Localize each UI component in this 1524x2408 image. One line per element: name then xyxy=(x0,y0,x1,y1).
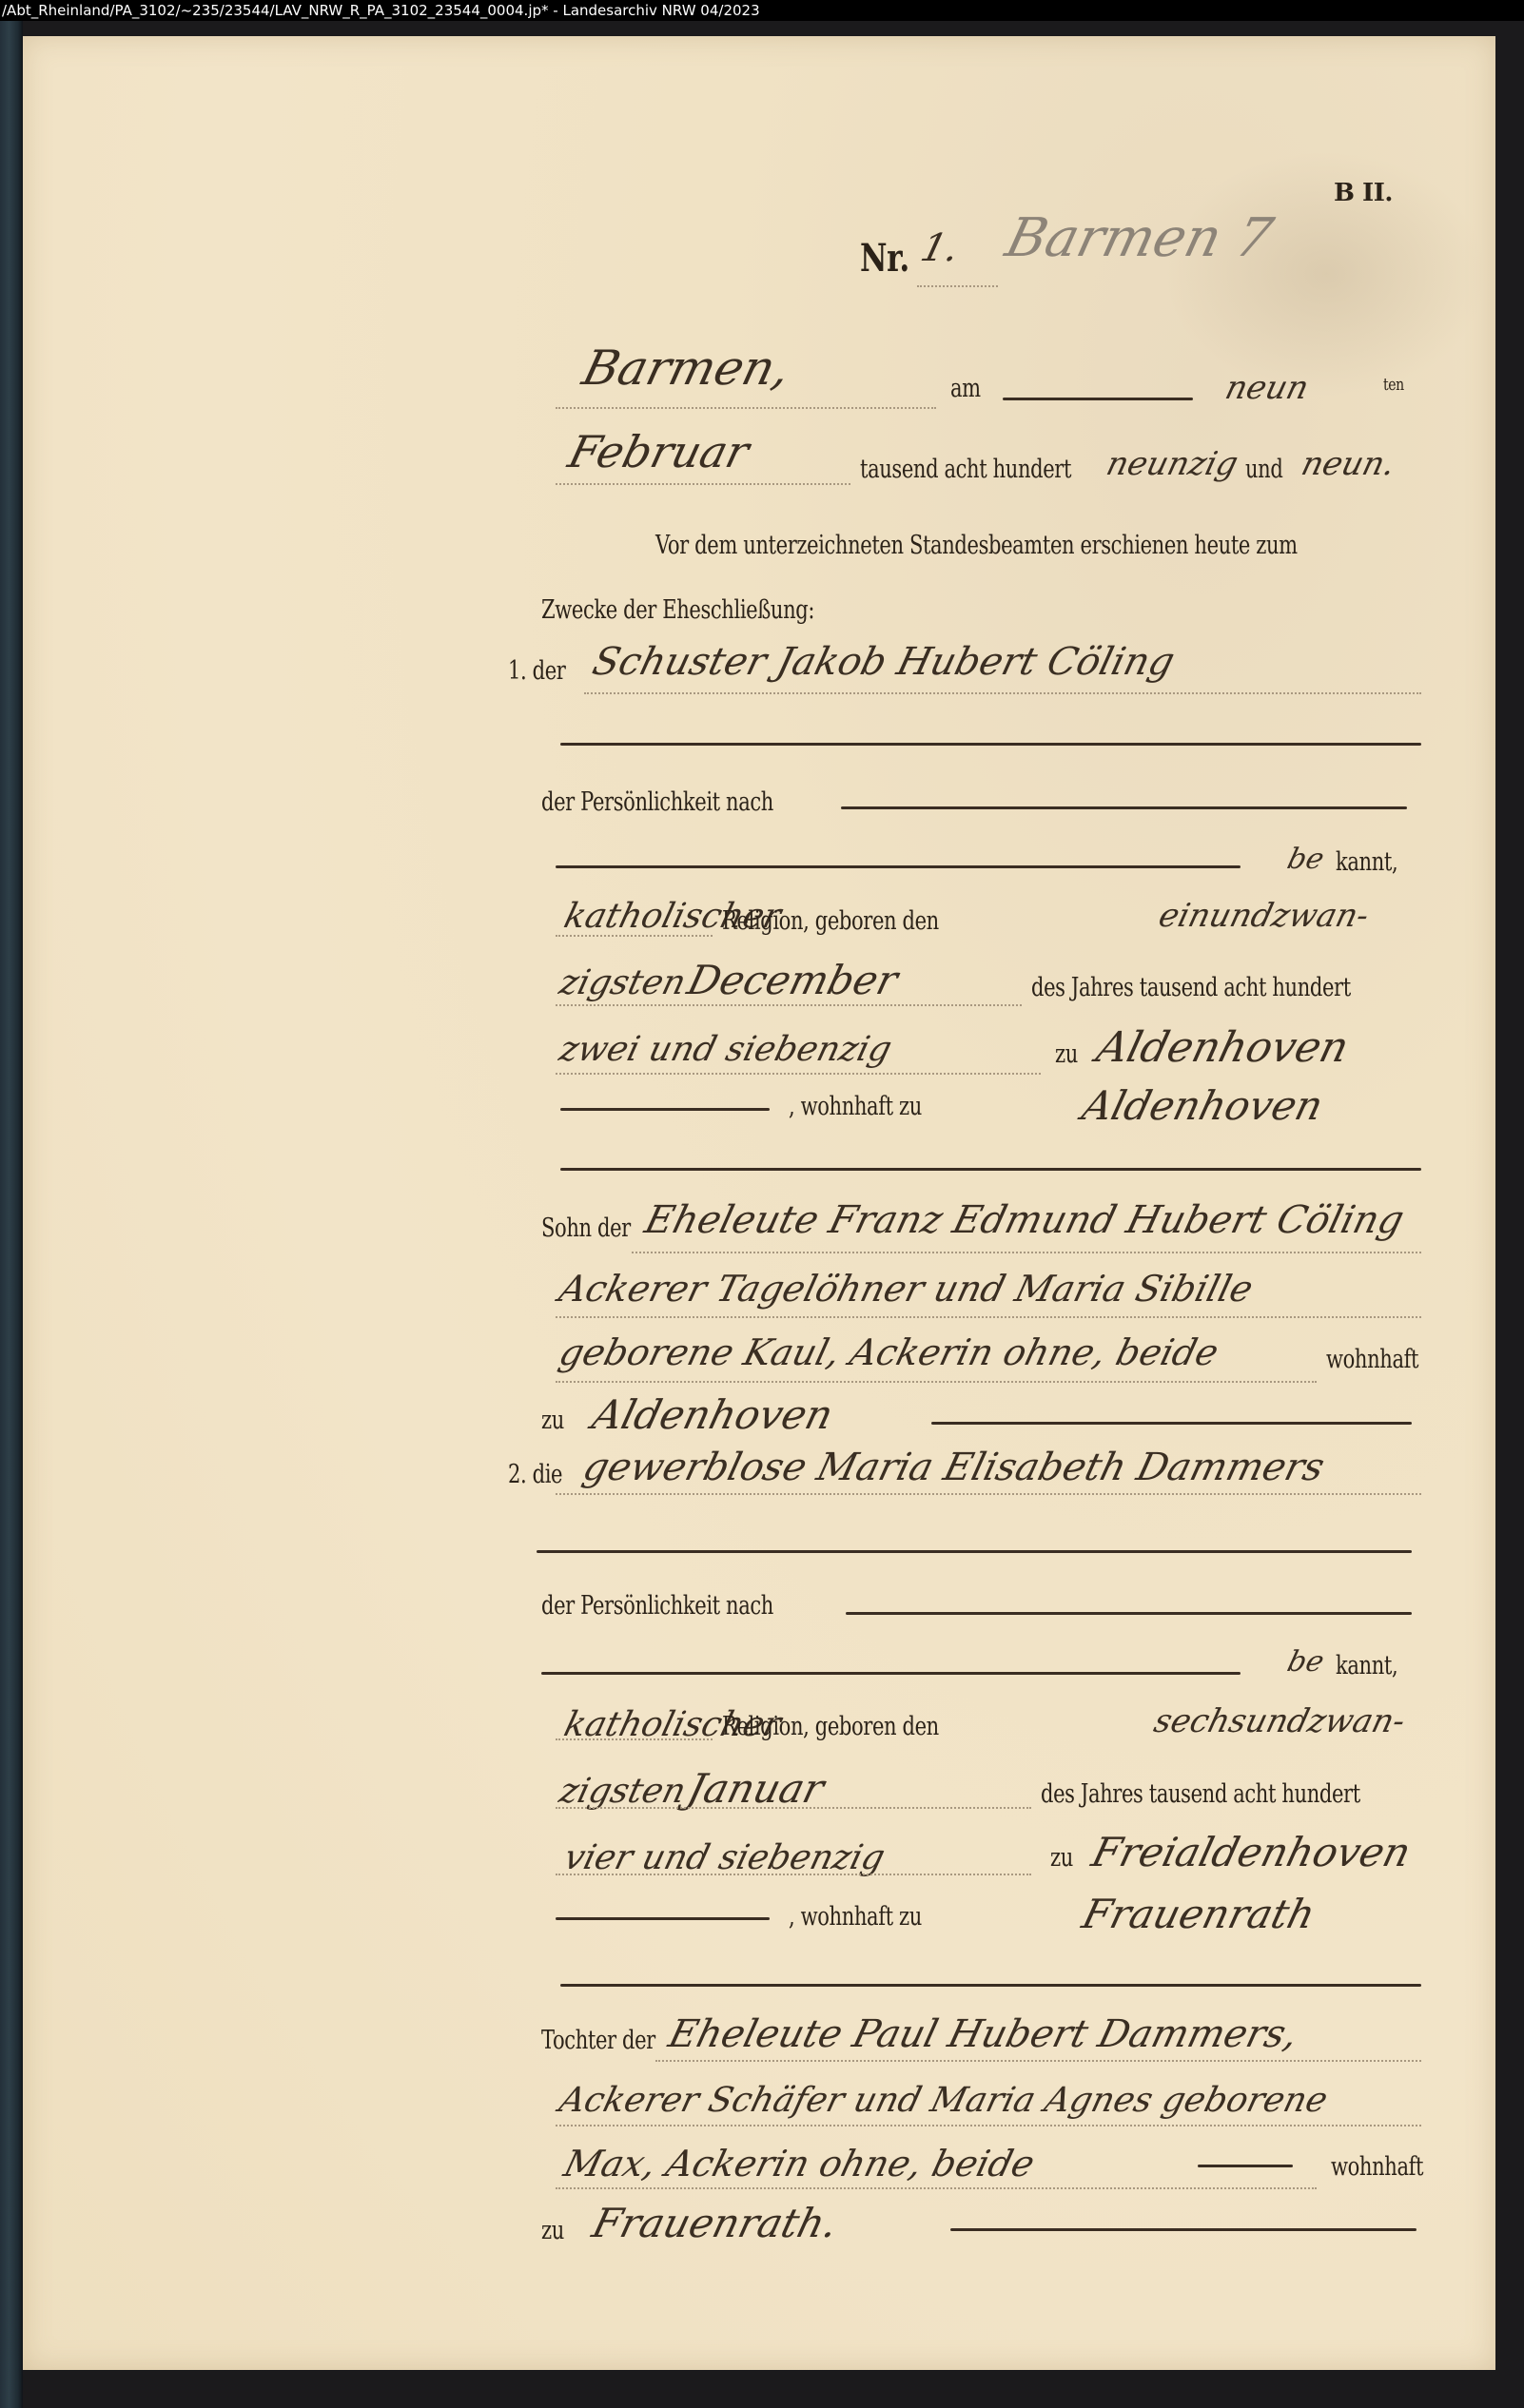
bride-parents-residence: Frauenrath. xyxy=(588,2200,843,2246)
paper-stain xyxy=(1164,150,1488,398)
groom-known-stroke xyxy=(556,865,1241,868)
bride-residence: Frauenrath xyxy=(1078,1891,1319,1937)
place-entry: Barmen, xyxy=(577,340,796,396)
bride-year-label: des Jahres tausend acht hundert xyxy=(1041,1779,1360,1809)
bride-residence-blank-stroke xyxy=(560,1984,1421,1987)
groom-religion-line xyxy=(556,935,713,937)
groom-name-line xyxy=(584,692,1421,694)
bride-parents-line-1-dots xyxy=(655,2060,1421,2062)
bride-parents-dash xyxy=(1198,2165,1293,2167)
bride-parents-line-2-dots xyxy=(556,2125,1421,2126)
und-label: und xyxy=(1245,455,1282,484)
day-suffix: ten xyxy=(1383,375,1404,395)
groom-month-line xyxy=(556,1004,1022,1006)
bride-zu-label: zu xyxy=(1050,1843,1073,1873)
groom-parents-line-2: Ackerer Tagelöhner und Maria Sibille xyxy=(556,1268,1258,1310)
year-units-entry: neun. xyxy=(1298,445,1399,483)
month-line xyxy=(556,483,850,485)
groom-parents-line-2-dots xyxy=(556,1316,1421,1318)
groom-birth-place: Aldenhoven xyxy=(1092,1023,1354,1072)
groom-birth-day-1: einundzwan- xyxy=(1155,897,1373,935)
groom-parents-line-1: Eheleute Franz Edmund Hubert Cöling xyxy=(640,1198,1408,1242)
bride-birth-day-2: zigsten xyxy=(556,1772,690,1811)
pencil-note: Barmen 7 xyxy=(1000,207,1279,269)
bride-year-line xyxy=(556,1874,1031,1875)
form-code: B II. xyxy=(1334,179,1393,207)
bride-personality-stroke xyxy=(846,1612,1412,1615)
bride-parents-residence-stroke xyxy=(950,2228,1417,2231)
bride-month-line xyxy=(556,1807,1031,1809)
bride-birth-day-1: sechsundzwan- xyxy=(1150,1702,1409,1740)
groom-residence-label: , wohnhaft zu xyxy=(789,1092,922,1121)
groom-number-label: 1. der xyxy=(508,656,565,686)
bride-residence-label: , wohnhaft zu xyxy=(789,1902,922,1932)
bride-known-label: kannt, xyxy=(1336,1651,1397,1680)
groom-residence: Aldenhoven xyxy=(1078,1082,1328,1129)
intro-line-1: Vor dem unterzeichneten Standesbeamten e… xyxy=(655,531,1298,560)
groom-wohnhaft-label: wohnhaft xyxy=(1326,1345,1418,1374)
bride-birth-year: vier und siebenzig xyxy=(560,1838,889,1877)
groom-parents-line-1-dots xyxy=(632,1252,1421,1253)
bride-residence-stroke xyxy=(556,1917,770,1920)
document-page: B II. Nr. 1. Barmen 7 Barmen, am neun te… xyxy=(23,36,1495,2370)
bride-name-line xyxy=(556,1493,1421,1495)
groom-year-label: des Jahres tausend acht hundert xyxy=(1031,973,1351,1002)
bride-religion-label: Religion, geboren den xyxy=(722,1712,939,1741)
groom-parents-line-3: geborene Kaul, Ackerin ohne, beide xyxy=(556,1331,1223,1373)
bride-religion-line xyxy=(556,1738,713,1740)
groom-birth-day-2: zigsten xyxy=(556,963,690,1002)
nr-dotted-line xyxy=(917,285,998,287)
groom-personality-stroke xyxy=(841,806,1407,809)
window-title: /Abt_Rheinland/PA_3102/~235/23544/LAV_NR… xyxy=(2,2,760,19)
groom-year-line xyxy=(556,1073,1041,1075)
bride-parents-line-2: Ackerer Schäfer und Maria Agnes geborene xyxy=(556,2081,1332,2120)
groom-known-label: kannt, xyxy=(1336,847,1397,877)
month-entry: Februar xyxy=(563,426,754,477)
am-label: am xyxy=(950,374,981,403)
day-blank-stroke xyxy=(1003,398,1193,400)
intro-line-2: Zwecke der Eheschließung: xyxy=(541,595,814,625)
bride-parents-line-1: Eheleute Paul Hubert Dammers, xyxy=(664,2012,1302,2056)
groom-residence-stroke xyxy=(560,1108,770,1111)
bride-birth-place: Freialdenhoven xyxy=(1087,1829,1416,1875)
groom-parents-line-3-dots xyxy=(556,1381,1317,1383)
groom-name-entry: Schuster Jakob Hubert Cöling xyxy=(588,640,1179,684)
groom-known-prefix: be xyxy=(1284,843,1328,876)
groom-residence-blank-stroke xyxy=(560,1168,1421,1171)
bride-name-entry: gewerblose Maria Elisabeth Dammers xyxy=(578,1446,1329,1489)
groom-personality-label: der Persönlichkeit nach xyxy=(541,787,773,817)
year-tens-entry: neunzig xyxy=(1103,445,1241,483)
book-binding xyxy=(0,21,23,2408)
groom-parents-zu-label: zu xyxy=(541,1406,564,1435)
window-title-bar: /Abt_Rheinland/PA_3102/~235/23544/LAV_NR… xyxy=(0,0,1524,21)
bride-parent-label: Tochter der xyxy=(541,2026,655,2055)
groom-birth-month: December xyxy=(683,957,903,1003)
groom-parents-residence-stroke xyxy=(931,1422,1412,1425)
bride-known-prefix: be xyxy=(1284,1645,1328,1679)
bride-blank-stroke xyxy=(537,1550,1412,1553)
year-prefix: tausend acht hundert xyxy=(860,455,1071,484)
groom-parent-label: Sohn der xyxy=(541,1214,631,1243)
groom-zu-label: zu xyxy=(1055,1039,1078,1069)
bride-parents-line-3: Max, Ackerin ohne, beide xyxy=(560,2143,1039,2185)
nr-value: 1. xyxy=(916,226,964,270)
bride-birth-month: Januar xyxy=(683,1765,829,1812)
bride-number-label: 2. die xyxy=(508,1460,562,1489)
nr-label: Nr. xyxy=(860,236,909,281)
bride-wohnhaft-label: wohnhaft xyxy=(1331,2152,1423,2182)
bride-known-stroke xyxy=(541,1672,1241,1675)
groom-religion-label: Religion, geboren den xyxy=(722,906,939,936)
place-line xyxy=(556,407,936,409)
groom-parents-residence: Aldenhoven xyxy=(588,1391,838,1438)
groom-birth-year: zwei und siebenzig xyxy=(556,1030,895,1069)
bride-personality-label: der Persönlichkeit nach xyxy=(541,1591,773,1621)
bride-parents-line-3-dots xyxy=(556,2187,1317,2189)
day-entry: neun xyxy=(1221,369,1313,407)
bride-parents-zu-label: zu xyxy=(541,2216,564,2245)
groom-blank-stroke xyxy=(560,743,1421,746)
